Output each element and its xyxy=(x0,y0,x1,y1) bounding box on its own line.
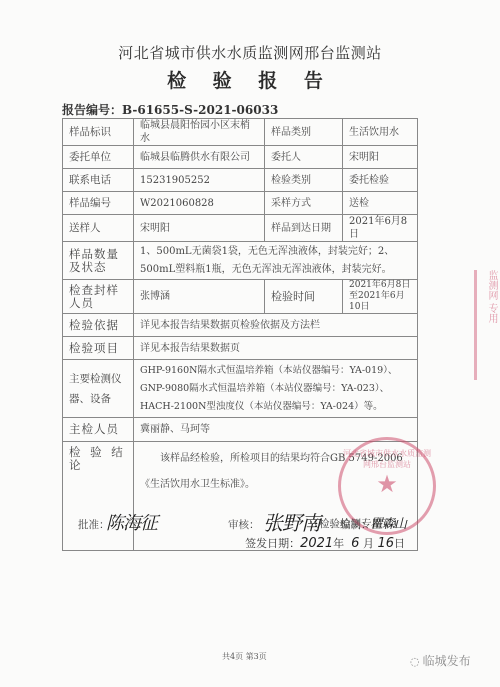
table-row: 检验项目 详见本报告结果数据页 xyxy=(63,337,418,360)
approve-signature: 陈海征 xyxy=(106,509,157,535)
sender-value: 宋明阳 xyxy=(134,215,265,242)
year-suffix: 年 xyxy=(333,537,344,550)
watermark-text: 临城发布 xyxy=(423,654,471,668)
approve-label: 批准： xyxy=(78,517,110,532)
organization-title: 河北省城市供水水质监测网邢台监测站 xyxy=(0,42,500,63)
table-row: 检验依据 详见本报告结果数据页检验依据及方法栏 xyxy=(63,314,418,337)
arrival-date-value: 2021年6月8日 xyxy=(343,215,418,242)
day-suffix: 日 xyxy=(394,537,405,550)
test-time-value: 2021年6月8日至2021年6月10日 xyxy=(343,280,418,314)
sealer-label: 检查封样人员 xyxy=(63,280,134,314)
test-category-value: 委托检验 xyxy=(343,169,418,192)
table-row: 主检人员 冀丽静、马珂等 xyxy=(63,418,418,442)
sealer-value: 张博涵 xyxy=(134,280,265,314)
table-row: 样品标识 临城县晨阳怡园小区末梢水 样品类别 生活饮用水 xyxy=(63,119,418,146)
test-category-label: 检验类别 xyxy=(265,169,343,192)
table-row: 样品编号 W2021060828 采样方式 送检 xyxy=(63,192,418,215)
sample-id-value: 临城县晨阳怡园小区末梢水 xyxy=(134,119,265,146)
sender-label: 送样人 xyxy=(63,215,134,242)
sampling-method-label: 采样方式 xyxy=(265,192,343,215)
compile-label: 编制： xyxy=(340,517,372,532)
basis-value: 详见本报告结果数据页检验依据及方法栏 xyxy=(134,314,418,337)
client-person-value: 宋明阳 xyxy=(343,146,418,169)
sample-no-label: 样品编号 xyxy=(63,192,134,215)
sample-no-value: W2021060828 xyxy=(134,192,265,215)
document-title: 检 验 报 告 xyxy=(0,66,500,93)
items-value: 详见本报告结果数据页 xyxy=(134,337,418,360)
watermark: ◌临城发布 xyxy=(410,652,471,669)
sampling-method-value: 送检 xyxy=(343,192,418,215)
sample-category-value: 生活饮用水 xyxy=(343,119,418,146)
client-person-label: 委托人 xyxy=(265,146,343,169)
sample-id-label: 样品标识 xyxy=(63,119,134,146)
month-suffix: 月 xyxy=(363,537,374,550)
basis-label: 检验依据 xyxy=(63,314,134,337)
equipment-label: 主要检测仪器、设备 xyxy=(63,360,134,418)
issue-date: 签发日期：2021年 6 月 16日 xyxy=(140,537,411,550)
test-time-label: 检验时间 xyxy=(265,280,343,314)
compile-signature: 瞿森山 xyxy=(370,513,406,532)
phone-value: 15231905252 xyxy=(134,169,265,192)
issue-date-day: 16 xyxy=(377,536,394,551)
table-row: 样品数量及状态 1、500mL无菌袋1袋，无色无浑浊液体，封装完好；2、500m… xyxy=(63,242,418,280)
table-row: 联系电话 15231905252 检验类别 委托检验 xyxy=(63,169,418,192)
page-info: 共4页 第3页 xyxy=(222,651,267,662)
table-row: 检查封样人员 张博涵 检验时间 2021年6月8日至2021年6月10日 xyxy=(63,280,418,314)
review-label: 审核： xyxy=(228,517,260,532)
table-row: 主要检测仪器、设备 GHP-9160N隔水式恒温培养箱（本站仪器编号：YA-01… xyxy=(63,360,418,418)
phone-label: 联系电话 xyxy=(63,169,134,192)
wechat-icon: ◌ xyxy=(410,655,420,668)
items-label: 检验项目 xyxy=(63,337,134,360)
equipment-value: GHP-9160N隔水式恒温培养箱（本站仪器编号：YA-019）、GNP-908… xyxy=(134,360,418,418)
issue-date-label: 签发日期： xyxy=(245,537,300,550)
client-org-value: 临城县临腾供水有限公司 xyxy=(134,146,265,169)
arrival-date-label: 样品到达日期 xyxy=(265,215,343,242)
side-seal: 监测网 专用 xyxy=(474,270,499,380)
inspectors-label: 主检人员 xyxy=(63,418,134,442)
issue-date-month: 6 xyxy=(351,536,359,551)
table-row: 送样人 宋明阳 样品到达日期 2021年6月8日 xyxy=(63,215,418,242)
seal-ring-text: 河北省城市供水水质监测网邢台监测站 xyxy=(341,448,433,470)
sample-category-label: 样品类别 xyxy=(265,119,343,146)
review-signature: 张野南 xyxy=(263,507,320,536)
report-number: 报告编号：B-61655-S-2021-06033 xyxy=(62,101,278,118)
star-icon: ★ xyxy=(341,470,433,498)
quantity-value: 1、500mL无菌袋1袋，无色无浑浊液体，封装完好；2、500mL塑料瓶1瓶，无… xyxy=(134,242,418,280)
table-row: 委托单位 临城县临腾供水有限公司 委托人 宋明阳 xyxy=(63,146,418,169)
quantity-label: 样品数量及状态 xyxy=(63,242,134,280)
issue-date-year: 2021 xyxy=(300,536,333,551)
client-org-label: 委托单位 xyxy=(63,146,134,169)
